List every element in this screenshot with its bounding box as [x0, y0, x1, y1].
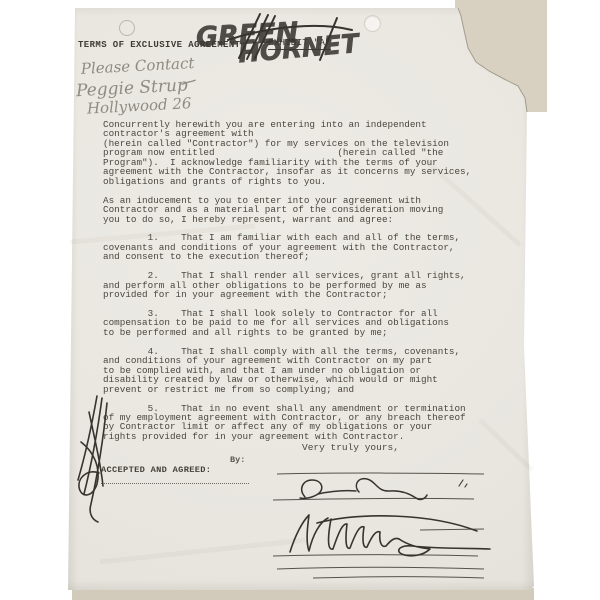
clause-5: 5. That in no event shall any amendment …	[103, 404, 471, 442]
hole-punch-right	[364, 15, 381, 32]
clause-3: 3. That I shall look solely to Contracto…	[103, 309, 471, 337]
clause-2: 2. That I shall render all services, gra…	[103, 271, 471, 299]
exhibit-label: EXHIBIT "A"	[268, 37, 331, 50]
inducement-paragraph: As an inducement to you to enter into yo…	[103, 196, 471, 224]
clause-1: 1. That I am familiar with each and all …	[103, 233, 471, 261]
document-title: TERMS OF EXCLUSIVE AGREEMENT	[78, 40, 240, 50]
photo-background: TERMS OF EXCLUSIVE AGREEMENT EXHIBIT "A"…	[0, 0, 600, 600]
clause-4: 4. That I shall comply with all the term…	[103, 347, 471, 394]
contract-body: Concurrently herewith you are entering i…	[103, 120, 471, 451]
hole-punch-left	[119, 20, 135, 36]
by-label: By:	[230, 455, 245, 465]
intro-paragraph: Concurrently herewith you are entering i…	[103, 120, 471, 186]
acceptance-dotted-line	[101, 477, 249, 484]
contract-paper: TERMS OF EXCLUSIVE AGREEMENT EXHIBIT "A"…	[62, 6, 536, 592]
closing-valediction: Very truly yours,	[302, 442, 399, 453]
accepted-and-agreed-label: ACCEPTED AND AGREED:	[101, 465, 211, 475]
